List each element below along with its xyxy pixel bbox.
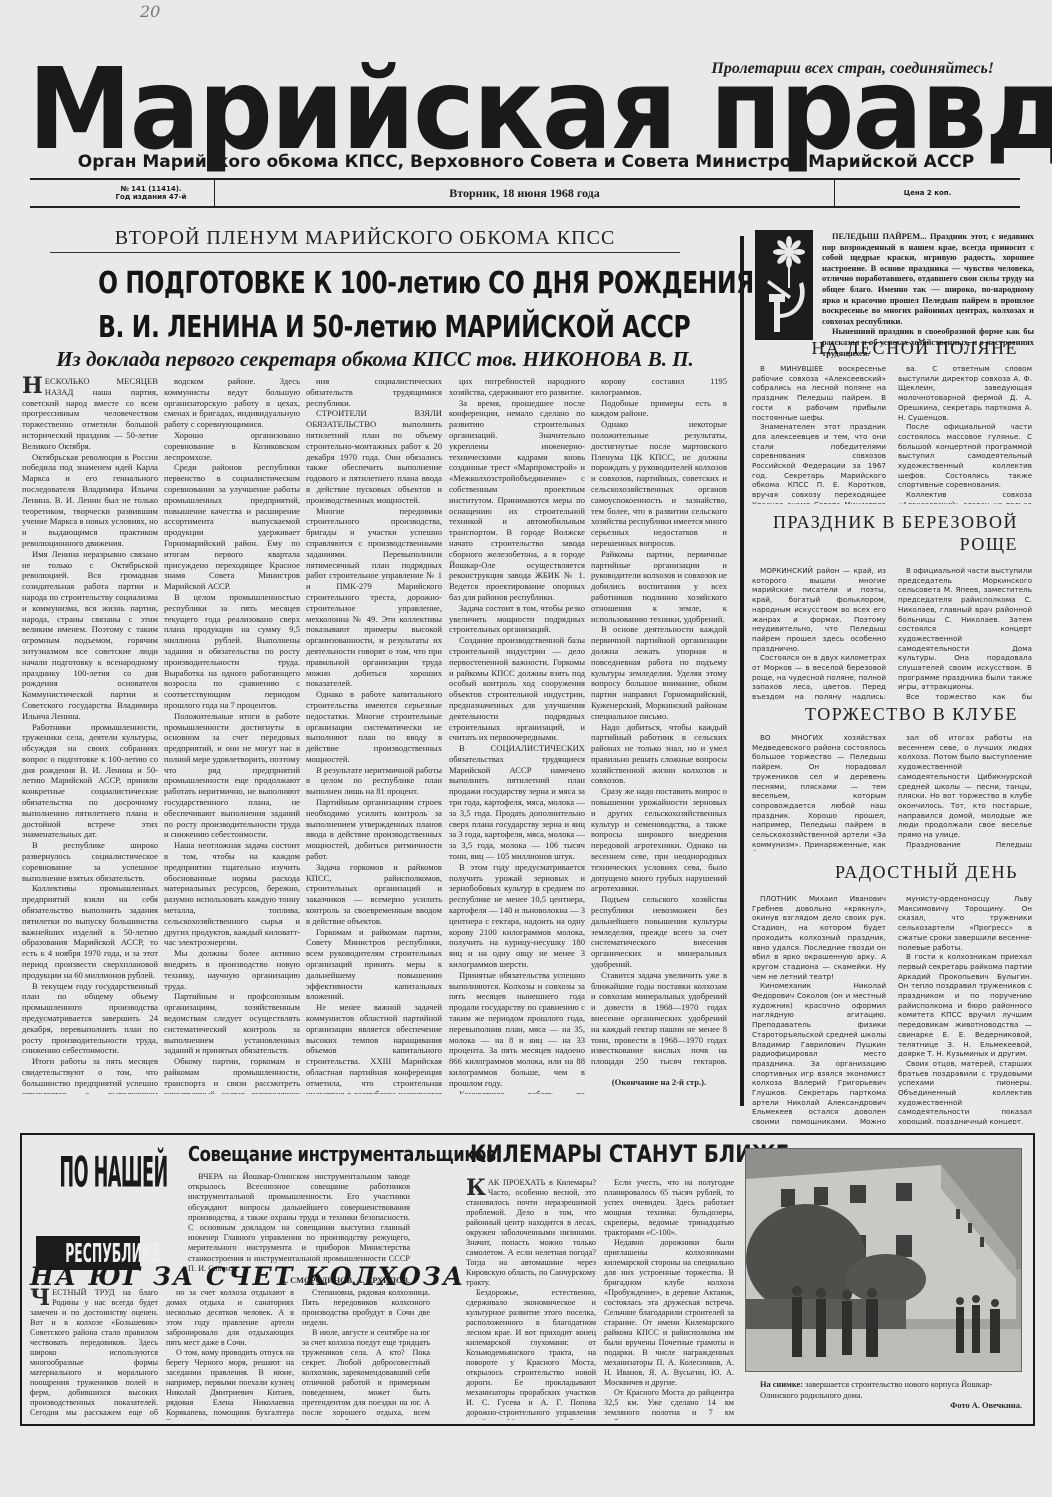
paragraph: Не менее важной задачей коммунистов обла… <box>306 1002 442 1094</box>
paragraph: Сразу же надо поставить вопрос о повышен… <box>591 786 727 894</box>
issue-number: № 141 (11414). Год издания 47-й <box>30 180 215 206</box>
paragraph: Наша неотложная задача состоит в том, чт… <box>164 840 300 948</box>
paragraph: ВО МНОГИХ хозяйствах Медведевского район… <box>752 733 886 851</box>
paragraph: Обкому партии, горкомам и райкомам промы… <box>164 1056 300 1094</box>
paragraph: Имя Ленина неразрывно связано не только … <box>22 549 158 722</box>
kilemary-column-2: Если учесть, что на полугодие планировал… <box>604 1178 734 1420</box>
paragraph-text: Райкомы партии, первичные партийные орга… <box>591 549 727 624</box>
paragraph: Если учесть, что на полугодие планировал… <box>604 1178 734 1238</box>
drop-cap: Н <box>22 376 43 396</box>
paragraph: Задача состоит в том, чтобы резко увелич… <box>449 603 585 635</box>
paragraph-text: Имя Ленина неразрывно связано не только … <box>22 549 158 721</box>
paragraph: В основе деятельности каждой первичной п… <box>591 624 727 721</box>
lead-kicker: ВТОРОЙ ПЛЕНУМ МАРИЙСКОГО ОБКОМА КПСС <box>50 227 680 253</box>
paragraph: В официальной части выступили председате… <box>898 566 1032 692</box>
paragraph: О том, кому проводить отпуск на берегу Ч… <box>166 1348 294 1420</box>
story-2-col-2: В официальной части выступили председате… <box>898 566 1032 700</box>
story-3-col-1: ВО МНОГИХ хозяйствах Медведевского район… <box>752 733 886 851</box>
drop-cap: К <box>466 1178 486 1198</box>
paragraph-text: Многие передовики строительного производ… <box>306 506 442 689</box>
paragraph: НЕСКОЛЬКО МЕСЯЦЕВ НАЗАД наша партия, сов… <box>22 376 158 452</box>
lead-headline-line-1: О ПОДГОТОВКЕ К 100-летию СО ДНЯ РОЖДЕНИЯ <box>98 262 652 306</box>
paragraph-text: Работники промышленности, труженики села… <box>22 722 158 840</box>
paragraph: Мы должны более активно внедрять в произ… <box>164 948 300 991</box>
paragraph-text: Подъем сельского хозяйства республики не… <box>591 894 727 969</box>
paragraph-text: Однако некоторые положительные результат… <box>591 419 727 548</box>
south-headline: НА ЮГ ЗА СЧЕТ КОЛХОЗА <box>30 1262 465 1291</box>
paragraph: ВЧЕРА на Йошкар-Олинском инструментально… <box>188 1172 410 1274</box>
paragraph: За время, прошедшее после конференции, н… <box>449 398 585 603</box>
paragraph-text: Мы должны более активно внедрять в произ… <box>164 948 300 990</box>
paragraph-text: От Красного Моста до райцентра 32,5 км. … <box>604 1388 734 1420</box>
paragraph-text: В основе деятельности каждой первичной п… <box>591 624 727 720</box>
paragraph: цих потребностей народного хозяйства, сд… <box>449 376 585 398</box>
masthead-title: Марийская правда <box>28 62 949 158</box>
issue-date: Вторник, 18 июня 1968 года <box>215 180 835 206</box>
paragraph: Хорошо организовано соревнование в Козик… <box>164 430 300 462</box>
photo-caption: На снимке: завершается строительство нов… <box>760 1380 1022 1412</box>
paragraph: Состоялся он в двух километрах от Морков… <box>752 653 886 700</box>
paragraph: Недавно дорожники были приглашены колхоз… <box>604 1238 734 1388</box>
paragraph: Положительные итоги в работе промышленно… <box>164 711 300 841</box>
paragraph: КАК ПРОЕХАТЬ в Килемары? Часто, особенно… <box>466 1178 596 1288</box>
paragraph-text: В республике широко развернулось социали… <box>22 840 158 882</box>
story-1-col-1: В МИНУВШЕЕ воскресенье рабочие совхоза «… <box>752 364 886 504</box>
story-4-col-2: мунисту-орденоносцу Льву Максимовичу Тор… <box>898 894 1032 1124</box>
paragraph-text: ВЧЕРА на Йошкар-Олинском инструментально… <box>188 1172 410 1273</box>
masthead-subtitle: Орган Марийского обкома КПСС, Верховного… <box>0 152 1052 172</box>
paragraph: Однако некоторые положительные результат… <box>591 419 727 549</box>
paragraph: ния социалистических обязательств трудящ… <box>306 376 442 408</box>
paragraph-text: ЕСТНЫЙ ТРУД на благо Родины у нас всегда… <box>30 1288 158 1420</box>
paragraph-text: Коллективы промышленных предприятий взял… <box>22 883 158 979</box>
paragraph: В республике широко развернулось социали… <box>22 840 158 883</box>
paragraph-text: В июле, августе и сентябре на юг за счет… <box>302 1328 430 1420</box>
paragraph-text: В официальной части выступили председате… <box>898 566 1032 691</box>
paragraph: В результате неритмичной работы в целом … <box>306 765 442 797</box>
paragraph-text: В СОЦИАЛИСТИЧЕСКИХ обязательствах трудящ… <box>449 743 585 861</box>
paragraph-text: Однако в работе капитального строительст… <box>306 689 442 764</box>
paragraph-text: Итоги работы за пять месяцев свидетельст… <box>22 1056 158 1094</box>
kilemary-column-1: КАК ПРОЕХАТЬ в Килемары? Часто, особенно… <box>466 1178 596 1420</box>
photo-caption-label: На снимке: <box>760 1380 803 1389</box>
paragraph: Принятые обязательства успешно выполняют… <box>449 970 585 1089</box>
paragraph: ПЛОТНИК Михаил Иванович Гребнев довольно… <box>752 894 886 981</box>
continued-note: (Окончание на 2-й стр.). <box>591 1077 727 1088</box>
story-title-birch-grove-line-1: ПРАЗДНИК В БЕРЕЗОВОЙ <box>760 512 1018 533</box>
paragraph-text: Не менее важной задачей коммунистов обла… <box>306 1002 442 1094</box>
paragraph-text: Партийным организациям строек необходимо… <box>306 797 442 861</box>
paragraph-text: зал об итогах работы на весеннем севе, о… <box>898 733 1032 839</box>
paragraph-text: цих потребностей народного хозяйства, сд… <box>449 376 585 397</box>
story-title-club: ТОРЖЕСТВО В КЛУБЕ <box>760 704 1018 725</box>
paragraph-text: Празднование Пеледыш пайрема состоялось … <box>898 840 1032 851</box>
paragraph-text: Партийным и профсоюзным организациям, хо… <box>164 991 300 1055</box>
paragraph-text: Хорошо организовано соревнование в Козик… <box>164 430 300 462</box>
paragraph-text: Сразу же надо поставить вопрос о повышен… <box>591 786 727 893</box>
rubric-line-1: ПО НАШЕЙ <box>59 1150 116 1194</box>
paragraph: Создание производственной базы строитель… <box>449 635 585 743</box>
story-3-col-2: зал об итогах работы на весеннем севе, о… <box>898 733 1032 851</box>
paragraph: Задача горкомов и райкомов КПСС, райиспо… <box>306 862 442 927</box>
maternity-hospital-photo <box>745 1148 1022 1372</box>
paragraph-text: Состоялся он в двух километрах от Морков… <box>752 653 886 700</box>
paragraph: Итоги работы за пять месяцев свидетельст… <box>22 1056 158 1094</box>
story-title-forest-glade: НА ЛЕСНОЙ ПОЛЯНЕ <box>760 338 1018 359</box>
paragraph: Многие передовики строительного производ… <box>306 506 442 690</box>
paragraph-text: МОРКИНСКИЙ район — край, из которого выш… <box>752 566 886 653</box>
paragraph: Все торжество как бы символизировало нын… <box>898 692 1032 700</box>
paragraph: Подъем сельского хозяйства республики не… <box>591 894 727 970</box>
paragraph-text: Коллектив совхоза «Алексеевский» славен … <box>898 490 1032 504</box>
paragraph: В этом году предусматривается получить у… <box>449 862 585 970</box>
paragraph-text: ния социалистических обязательств трудящ… <box>306 376 442 408</box>
paragraph: Бездорожье, естественно, сдерживало экон… <box>466 1288 596 1420</box>
story-1-col-2: ва. С ответным словом выступили директор… <box>898 364 1032 504</box>
paragraph-text: Положительные итоги в работе промышленно… <box>164 711 300 840</box>
paragraph-text: Задача горкомов и райкомов КПСС, райиспо… <box>306 862 442 926</box>
story-2-col-1: МОРКИНСКИЙ район — край, из которого выш… <box>752 566 886 700</box>
paragraph: мунисту-орденоносцу Льву Максимовичу Тор… <box>898 894 1032 952</box>
paragraph: В гости к колхозникам приехал первый сек… <box>898 952 1032 1059</box>
paragraph: Однако в работе капитального строительст… <box>306 689 442 765</box>
paragraph-text: ПЕЛЕДЫШ ПАЙРЕМ... Праздник этот, с недав… <box>822 232 1034 326</box>
story-4-col-1: ПЛОТНИК Михаил Иванович Гребнев довольно… <box>752 894 886 1124</box>
paragraph-text: ВО МНОГИХ хозяйствах Медведевского район… <box>752 733 886 851</box>
paragraph: После официальной части состоялось массо… <box>898 422 1032 490</box>
paragraph: Работники промышленности, труженики села… <box>22 722 158 841</box>
paragraph: Празднование Пеледыш пайрема состоялось … <box>898 840 1032 851</box>
paragraph-text: В результате неритмичной работы в целом … <box>306 765 442 797</box>
paragraph: зал об итогах работы на весеннем севе, о… <box>898 733 1032 840</box>
paragraph: ПЕЛЕДЫШ ПАЙРЕМ... Праздник этот, с недав… <box>822 232 1034 327</box>
paragraph-text: корову составил 1195 килограммов. <box>591 376 727 397</box>
paragraph: водском районе. Здесь коммунисты ведут б… <box>164 376 300 430</box>
paragraph: В июле, августе и сентябре на юг за счет… <box>302 1328 430 1420</box>
kilemary-headline: КИЛЕМАРЫ СТАНУТ БЛИЖЕ <box>470 1140 789 1168</box>
south-column-2: но за счет колхоза отдыхают в домах отды… <box>166 1288 294 1420</box>
paragraph: но за счет колхоза отдыхают в домах отды… <box>166 1288 294 1348</box>
paragraph: Партийным и профсоюзным организациям, хо… <box>164 991 300 1056</box>
paragraph: МОРКИНСКИЙ район — край, из которого выш… <box>752 566 886 653</box>
south-column-3: Степановна, рядовая колхозница. Пять пер… <box>302 1288 430 1420</box>
paragraph-text: мунисту-орденоносцу Льву Максимовичу Тор… <box>898 894 1032 952</box>
paragraph: ва. С ответным словом выступили директор… <box>898 364 1032 422</box>
paragraph-text: Наша неотложная задача состоит в том, чт… <box>164 840 300 947</box>
paragraph-text: но за счет колхоза отдыхают в домах отды… <box>166 1288 294 1347</box>
paragraph-text: За время, прошедшее после конференции, н… <box>449 398 585 602</box>
flower-hammer-sickle-icon <box>755 230 813 340</box>
paragraph-text: Создание производственной базы строитель… <box>449 635 585 742</box>
paragraph-text: Задача состоит в том, чтобы резко увелич… <box>449 603 585 635</box>
paragraph: Надо добиться, чтобы каждый партийный ра… <box>591 722 727 787</box>
lead-column-5: корову составил 1195 килограммов.Подобны… <box>591 376 727 1066</box>
south-column-1: ЧЕСТНЫЙ ТРУД на благо Родины у нас всегд… <box>30 1288 158 1420</box>
paragraph: Киномеханик Николай Федорович Соколов (о… <box>752 981 886 1124</box>
paragraph-text: Степановна, рядовая колхозница. Пять пер… <box>302 1288 430 1327</box>
paragraph-text: Октябрьская революция в России победила … <box>22 452 158 548</box>
lead-subhead: Из доклада первого секретаря обкома КПСС… <box>20 347 730 372</box>
paragraph-text: Если учесть, что на полугодие планировал… <box>604 1178 734 1237</box>
paragraph: Конкретную работу по повышению продуктив… <box>449 1089 585 1094</box>
paragraph: СТРОИТЕЛИ ВЗЯЛИ ОБЯЗАТЕЛЬСТВО выполнить … <box>306 408 442 505</box>
paragraph: Горкомам и райкомам партии, Совету Минис… <box>306 927 442 1003</box>
paragraph-text: ва. С ответным словом выступили директор… <box>898 364 1032 422</box>
paragraph: Коллектив совхоза «Алексеевский» славен … <box>898 490 1032 504</box>
paragraph-text: ПЛОТНИК Михаил Иванович Гребнев довольно… <box>752 894 886 981</box>
paragraph-text: В МИНУВШЕЕ воскресенье рабочие совхоза «… <box>752 364 886 422</box>
photo-credit: Фото А. Овечкина. <box>760 1401 1022 1412</box>
paragraph: В СОЦИАЛИСТИЧЕСКИХ обязательствах трудящ… <box>449 743 585 862</box>
paragraph-text: Своих отцов, матерей, старших братьев по… <box>898 1059 1032 1124</box>
paragraph-text: Принятые обязательства успешно выполняют… <box>449 970 585 1088</box>
paragraph: Ставится задача увеличить уже в ближайши… <box>591 970 727 1066</box>
paragraph-text: В гости к колхозникам приехал первый сек… <box>898 952 1032 1058</box>
lead-column-1: НЕСКОЛЬКО МЕСЯЦЕВ НАЗАД наша партия, сов… <box>22 376 158 1094</box>
paragraph-text: Киномеханик Николай Федорович Соколов (о… <box>752 981 886 1124</box>
issue-info-bar: № 141 (11414). Год издания 47-й Вторник,… <box>30 178 1020 208</box>
lead-column-2: водском районе. Здесь коммунисты ведут б… <box>164 376 300 1094</box>
paragraph-text: Обкому партии, горкомам и райкомам промы… <box>164 1056 300 1094</box>
paragraph: Подобные примеры есть в каждом районе. <box>591 398 727 420</box>
paragraph-text: В целом промышленностью республики за пя… <box>164 592 300 710</box>
paragraph-text: Горкомам и райкомам партии, Совету Минис… <box>306 927 442 1002</box>
paragraph: Партийным организациям строек необходимо… <box>306 797 442 862</box>
paragraph-text: В этом году предусматривается получить у… <box>449 862 585 969</box>
lead-headline: О ПОДГОТОВКЕ К 100-летию СО ДНЯ РОЖДЕНИЯ… <box>98 262 652 350</box>
paragraph-text: Конкретную работу по повышению продуктив… <box>449 1089 585 1094</box>
paragraph: В МИНУВШЕЕ воскресенье рабочие совхоза «… <box>752 364 886 422</box>
paragraph-text: В текущем году государственный план по о… <box>22 981 158 1056</box>
paragraph-text: Знаменателен этот праздник для алексеевц… <box>752 422 886 504</box>
paragraph-text: Недавно дорожники были приглашены колхоз… <box>604 1238 734 1387</box>
paragraph-text: О том, кому проводить отпуск на берегу Ч… <box>166 1348 294 1420</box>
meeting-headline: Совещание инструментальщиков <box>188 1142 496 1166</box>
paragraph-text: водском районе. Здесь коммунисты ведут б… <box>164 376 300 429</box>
paragraph-text: СТРОИТЕЛИ ВЗЯЛИ ОБЯЗАТЕЛЬСТВО выполнить … <box>306 408 442 504</box>
paragraph-text: После официальной части состоялось массо… <box>898 422 1032 489</box>
rubric-by-our-republic: ПО НАШЕЙ РЕСПУБЛИКЕ <box>36 1150 140 1270</box>
paragraph: Октябрьская революция в России победила … <box>22 452 158 549</box>
paragraph: В текущем году государственный план по о… <box>22 981 158 1057</box>
paragraph: Знаменателен этот праздник для алексеевц… <box>752 422 886 504</box>
handwritten-page-note: 20 <box>140 2 160 21</box>
paragraph: корову составил 1195 килограммов. <box>591 376 727 398</box>
paragraph: В целом промышленностью республики за пя… <box>164 592 300 711</box>
paragraph: Степановна, рядовая колхозница. Пять пер… <box>302 1288 430 1328</box>
story-title-birch-grove-line-2: РОЩЕ <box>760 534 1018 555</box>
paragraph-text: Надо добиться, чтобы каждый партийный ра… <box>591 722 727 786</box>
lead-headline-line-2: В. И. ЛЕНИНА И 50-летию МАРИЙСКОЙ АССР <box>98 306 652 350</box>
lead-column-3: ния социалистических обязательств трудящ… <box>306 376 442 1094</box>
story-title-joyful-day: РАДОСТНЫЙ ДЕНЬ <box>760 862 1018 883</box>
issue-number-line: № 141 (11414). <box>120 185 181 193</box>
newspaper-page: 20 Пролетарии всех стран, соединяйтесь! … <box>0 0 1052 1497</box>
paragraph-text: Все торжество как бы символизировало нын… <box>898 692 1032 700</box>
lead-column-4: цих потребностей народного хозяйства, сд… <box>449 376 585 1094</box>
issue-price: Цена 2 коп. <box>835 180 1020 206</box>
paragraph: Своих отцов, матерей, старших братьев по… <box>898 1059 1032 1124</box>
paragraph: От Красного Моста до райцентра 32,5 км. … <box>604 1388 734 1420</box>
sidebar-rule <box>740 236 744 1106</box>
drop-cap: Ч <box>30 1288 50 1308</box>
paragraph: Райкомы партии, первичные партийные орга… <box>591 549 727 625</box>
paragraph-text: Ставится задача увеличить уже в ближайши… <box>591 970 727 1066</box>
paragraph-text: Среди районов республики первенство в со… <box>164 462 300 591</box>
paragraph: ЧЕСТНЫЙ ТРУД на благо Родины у нас всегд… <box>30 1288 158 1420</box>
paragraph: Коллективы промышленных предприятий взял… <box>22 883 158 980</box>
paragraph-text: Подобные примеры есть в каждом районе. <box>591 398 727 419</box>
paragraph: Среди районов республики первенство в со… <box>164 462 300 592</box>
publication-year-line: Год издания 47-й <box>116 193 187 201</box>
paragraph-text: Бездорожье, естественно, сдерживало экон… <box>466 1288 596 1420</box>
